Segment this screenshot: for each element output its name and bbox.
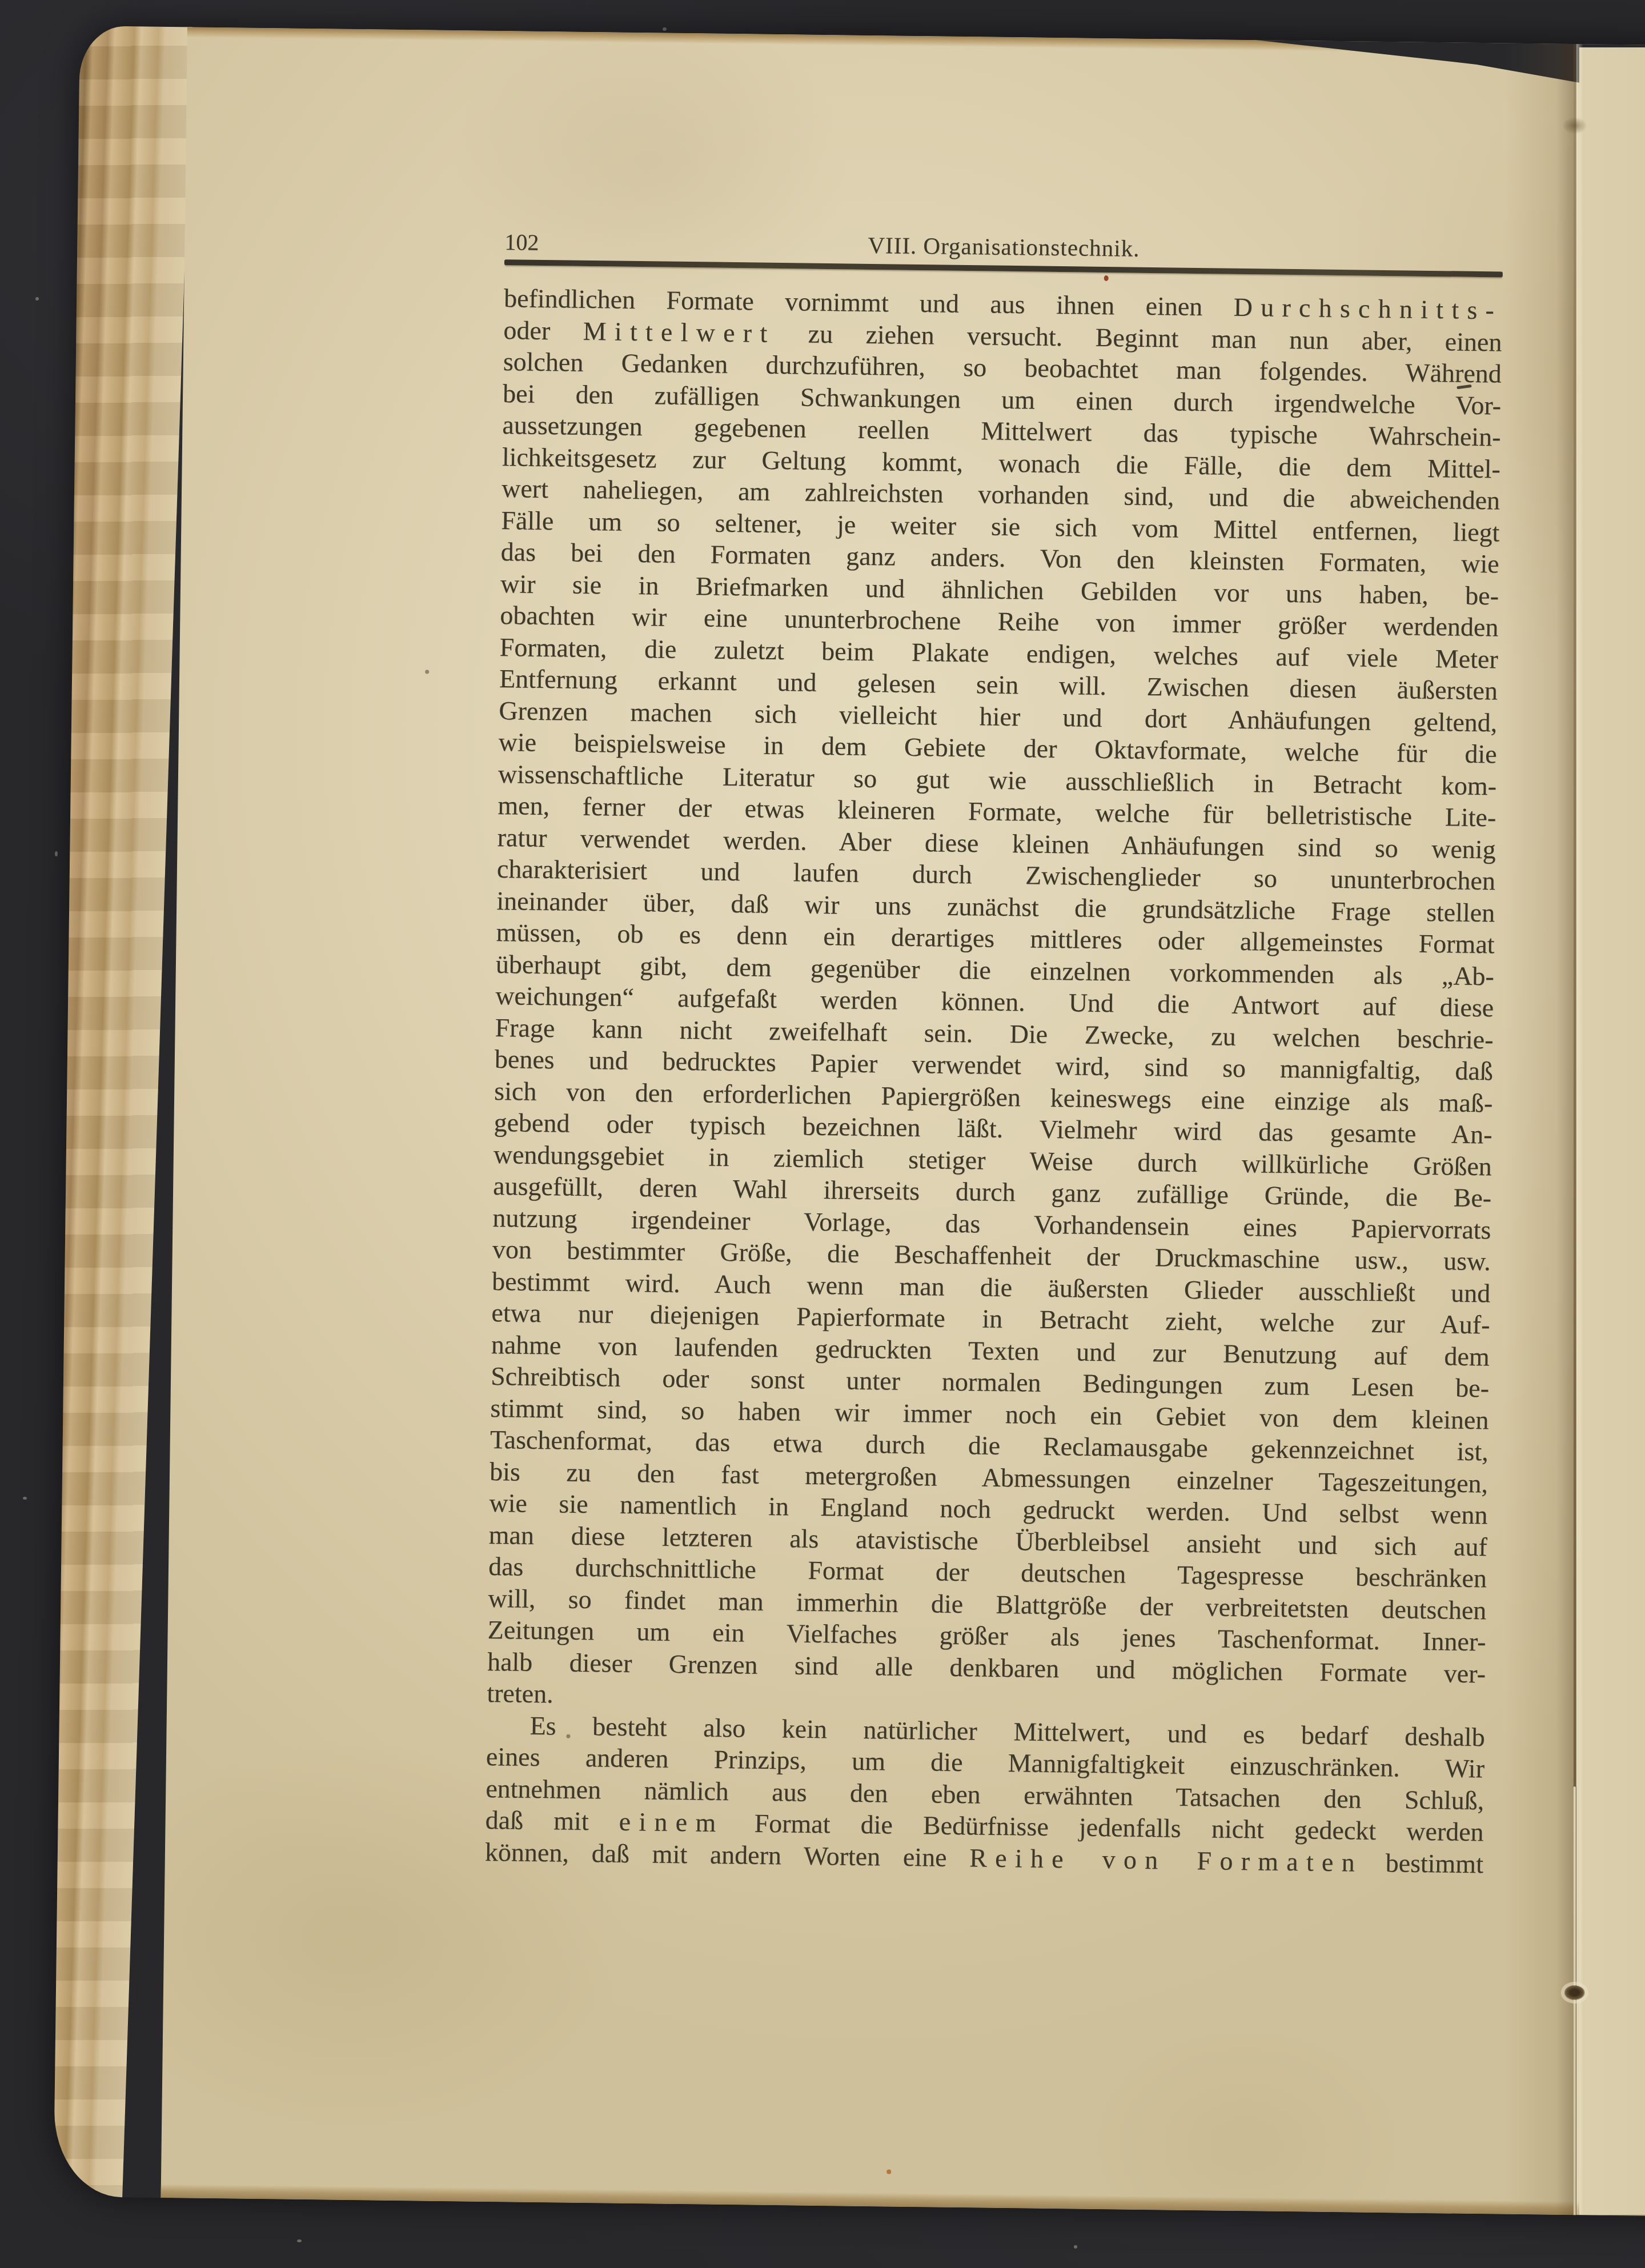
dust-speck	[35, 297, 39, 300]
dust-speck	[1074, 2245, 1077, 2249]
printed-text-block: 102 VIII. Organisationstechnik. befindli…	[485, 225, 1503, 1880]
paragraph: Es besteht also kein natürlicher Mittelw…	[485, 1709, 1485, 1880]
text-segment: können, daß mit andern Worten eine	[485, 1837, 970, 1872]
emphasized-text: Durchschnitts-	[1233, 292, 1502, 325]
sewing-hole	[1564, 1985, 1585, 2000]
text-segment: daß mit	[485, 1805, 619, 1836]
gutter-shadow	[1505, 44, 1574, 2215]
text-segment: treten.	[487, 1678, 553, 1708]
gutter-fold	[1574, 44, 1645, 2215]
emphasized-text: Mittelwert	[583, 316, 775, 347]
book-page: 102 VIII. Organisationstechnik. befindli…	[54, 26, 1645, 2217]
ink-speck	[886, 2170, 891, 2174]
page-number: 102	[504, 226, 539, 258]
text-segment: oder	[503, 315, 583, 346]
emphasized-text: einem	[619, 1807, 724, 1837]
dust-speck	[23, 1497, 27, 1500]
gutter-highlight	[1576, 44, 1583, 2215]
paper-surface: 102 VIII. Organisationstechnik. befindli…	[161, 27, 1645, 2217]
emphasized-text: Reihe von Formaten	[969, 1843, 1363, 1877]
dust-speck	[663, 27, 667, 31]
facing-page-strip	[1579, 47, 1645, 2215]
ink-speck	[425, 670, 429, 674]
paragraph: befindlichen Formate vornimmt und aus ih…	[487, 282, 1502, 1721]
fold-notch	[1562, 117, 1587, 134]
dust-speck	[297, 2239, 302, 2242]
paragraphs: befindlichen Formate vornimmt und aus ih…	[485, 282, 1503, 1880]
text-segment: bestimmt	[1363, 1848, 1484, 1878]
dust-speck	[55, 851, 58, 856]
binding-thread	[1574, 1786, 1576, 2217]
